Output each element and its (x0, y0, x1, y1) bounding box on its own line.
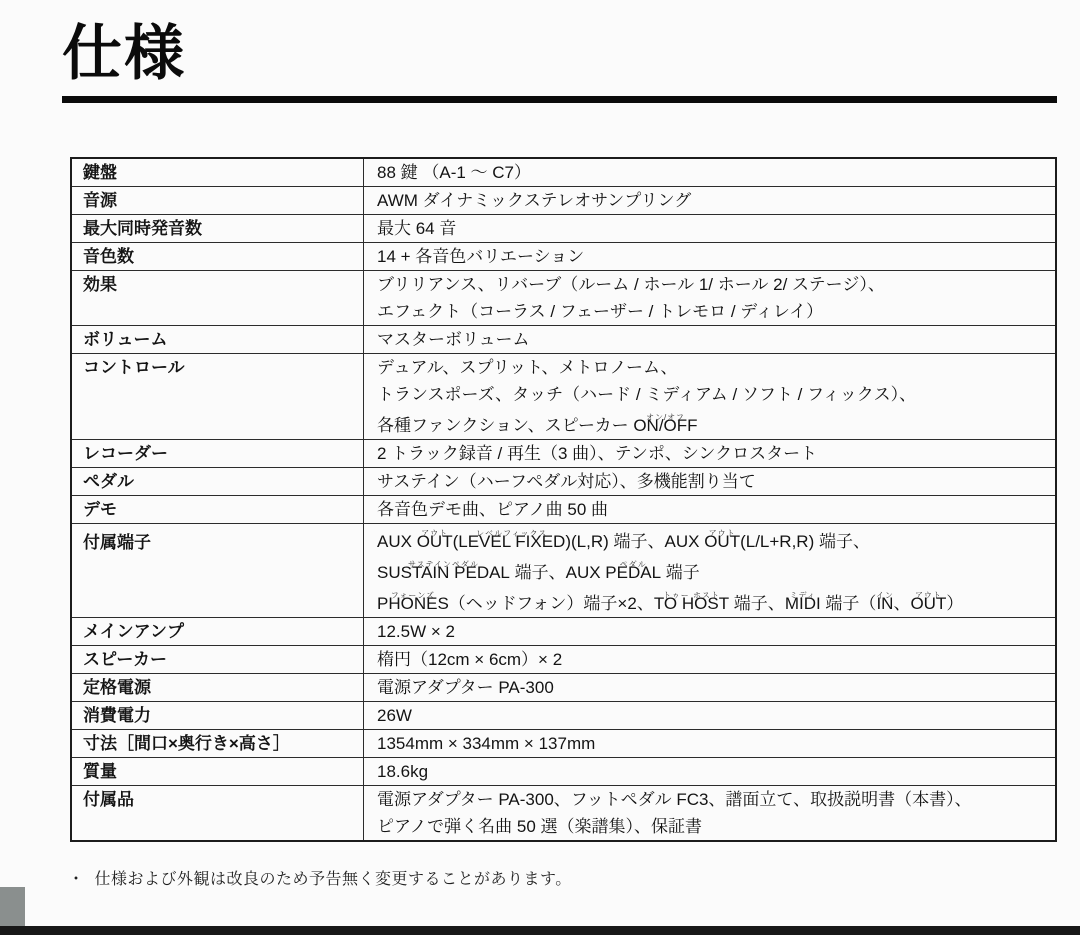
spec-row: 最大同時発音数最大 64 音 (72, 214, 1055, 242)
spec-label: ペダル (72, 468, 364, 495)
ruby-annotation: レベルフィックス (476, 521, 547, 547)
spec-value: デュアル、スプリット、メトロノーム、トランスポーズ、タッチ（ハード / ミディア… (364, 354, 1055, 439)
spec-label: メインアンプ (72, 618, 364, 645)
spec-value-line: 1354mm × 334mm × 137mm (377, 730, 1049, 757)
spec-value: ブリリアンス、リバーブ（ルーム / ホール 1/ ホール 2/ ステージ）、エフ… (364, 271, 1055, 325)
ruby-term: トゥー ホストTO HOST (654, 591, 729, 617)
spec-row: ペダルサステイン（ハーフペダル対応）、多機能割り当て (72, 467, 1055, 495)
spec-row: デモ各音色デモ曲、ピアノ曲 50 曲 (72, 495, 1055, 523)
spec-value-line: 楕円（12cm × 6cm）× 2 (377, 646, 1049, 673)
spec-value: 各音色デモ曲、ピアノ曲 50 曲 (364, 496, 1055, 523)
spec-label: 最大同時発音数 (72, 215, 364, 242)
spec-value: サステイン（ハーフペダル対応）、多機能割り当て (364, 468, 1055, 495)
spec-row: 付属端子AUX アウトOUT(レベルフィックスLEVEL FIXED)(L,R)… (72, 523, 1055, 617)
ruby-term: アウトOUT (704, 529, 740, 555)
spec-label: 付属端子 (72, 524, 364, 617)
spec-row: メインアンプ12.5W × 2 (72, 617, 1055, 645)
ruby-term: インIN (876, 591, 893, 617)
spec-label: デモ (72, 496, 364, 523)
footnote-text: 仕様および外観は改良のため予告無く変更することがあります。 (95, 869, 572, 888)
spec-row: 付属品電源アダプター PA-300、フットペダル FC3、譜面立て、取扱説明書（… (72, 785, 1055, 840)
spec-value: 88 鍵 （A-1 ～ C7） (364, 159, 1055, 186)
spec-row: 音色数14 + 各音色バリエーション (72, 242, 1055, 270)
spec-label: レコーダー (72, 440, 364, 467)
ruby-term: ペダルPEDAL (605, 560, 661, 586)
spec-row: コントロールデュアル、スプリット、メトロノーム、トランスポーズ、タッチ（ハード … (72, 353, 1055, 439)
ruby-annotation: アウト (709, 521, 736, 547)
spec-row: スピーカー楕円（12cm × 6cm）× 2 (72, 645, 1055, 673)
ruby-annotation: オン/オフ (646, 405, 685, 431)
spec-label: 付属品 (72, 786, 364, 840)
ruby-annotation: イン (876, 583, 894, 609)
ruby-annotation: アウト (915, 583, 942, 609)
ruby-annotation: アウト (421, 521, 448, 547)
spec-value: 2 トラック録音 / 再生（3 曲）、テンポ、シンクロスタート (364, 440, 1055, 467)
spec-value-line: マスターボリューム (377, 326, 1049, 353)
spec-value-line: デュアル、スプリット、メトロノーム、 (377, 354, 1049, 381)
spec-value: 1354mm × 334mm × 137mm (364, 730, 1055, 757)
ruby-annotation: フォーンズ (391, 583, 435, 609)
spec-label: 消費電力 (72, 702, 364, 729)
spec-row: ボリュームマスターボリューム (72, 325, 1055, 353)
spec-value-line: 14 + 各音色バリエーション (377, 243, 1049, 270)
spec-row: 寸法［間口×奥行き×高さ］1354mm × 334mm × 137mm (72, 729, 1055, 757)
spec-value-line: トランスポーズ、タッチ（ハード / ミディアム / ソフト / フィックス）、 (377, 381, 1049, 408)
spec-row: 音源AWM ダイナミックステレオサンプリング (72, 186, 1055, 214)
spec-row: 消費電力26W (72, 701, 1055, 729)
spec-value: 26W (364, 702, 1055, 729)
photo-bottom-bar (0, 926, 1080, 935)
spec-value-line: ブリリアンス、リバーブ（ルーム / ホール 1/ ホール 2/ ステージ）、 (377, 271, 1049, 298)
spec-value-line: 88 鍵 （A-1 ～ C7） (377, 159, 1049, 186)
ruby-annotation: トゥー ホスト (663, 583, 720, 609)
spec-value: 最大 64 音 (364, 215, 1055, 242)
spec-value-line: 電源アダプター PA-300 (377, 674, 1049, 701)
spec-value-line: フォーンズPHONES（ヘッドフォン）端子×2、トゥー ホストTO HOST 端… (377, 586, 1049, 617)
footnote: ・仕様および外観は改良のため予告無く変更することがあります。 (68, 866, 572, 889)
spec-row: レコーダー2 トラック録音 / 再生（3 曲）、テンポ、シンクロスタート (72, 439, 1055, 467)
ruby-annotation: ミディ (790, 583, 816, 609)
spec-row: 質量18.6kg (72, 757, 1055, 785)
spec-value-line: 26W (377, 702, 1049, 729)
spec-value-line: 各種ファンクション、スピーカー オン/オフON/OFF (377, 408, 1049, 439)
spec-value: 楕円（12cm × 6cm）× 2 (364, 646, 1055, 673)
photo-corner-patch (0, 887, 25, 930)
spec-label: ボリューム (72, 326, 364, 353)
spec-label: 音色数 (72, 243, 364, 270)
spec-label: コントロール (72, 354, 364, 439)
ruby-term: フォーンズPHONES (377, 591, 449, 617)
ruby-annotation: サステインペダル (408, 552, 479, 578)
spec-value-line: 18.6kg (377, 758, 1049, 785)
spec-value-line: 12.5W × 2 (377, 618, 1049, 645)
spec-value: 12.5W × 2 (364, 618, 1055, 645)
footnote-bullet: ・ (68, 869, 85, 888)
ruby-annotation: ペダル (620, 552, 647, 578)
spec-value: 18.6kg (364, 758, 1055, 785)
spec-row: 効果ブリリアンス、リバーブ（ルーム / ホール 1/ ホール 2/ ステージ）、… (72, 270, 1055, 325)
ruby-term: アウトOUT (910, 591, 946, 617)
spec-row: 定格電源電源アダプター PA-300 (72, 673, 1055, 701)
spec-value-line: 最大 64 音 (377, 215, 1049, 242)
spec-table: 鍵盤88 鍵 （A-1 ～ C7）音源AWM ダイナミックステレオサンプリング最… (70, 157, 1057, 842)
spec-value-line: サステインペダルSUSTAIN PEDAL 端子、AUX ペダルPEDAL 端子 (377, 555, 1049, 586)
spec-value-line: 2 トラック録音 / 再生（3 曲）、テンポ、シンクロスタート (377, 440, 1049, 467)
spec-label: 音源 (72, 187, 364, 214)
spec-value: AUX アウトOUT(レベルフィックスLEVEL FIXED)(L,R) 端子、… (364, 524, 1055, 617)
spec-label: 効果 (72, 271, 364, 325)
spec-value-line: 電源アダプター PA-300、フットペダル FC3、譜面立て、取扱説明書（本書）… (377, 786, 1049, 813)
page-title: 仕様 (62, 14, 186, 94)
spec-value-line: サステイン（ハーフペダル対応）、多機能割り当て (377, 468, 1049, 495)
spec-value: 14 + 各音色バリエーション (364, 243, 1055, 270)
spec-value-line: エフェクト（コーラス / フェーザー / トレモロ / ディレイ） (377, 298, 1049, 325)
spec-value-line: AWM ダイナミックステレオサンプリング (377, 187, 1049, 214)
spec-label: 鍵盤 (72, 159, 364, 186)
spec-value: マスターボリューム (364, 326, 1055, 353)
spec-label: 定格電源 (72, 674, 364, 701)
spec-label: スピーカー (72, 646, 364, 673)
title-underline-rule (62, 96, 1057, 103)
spec-value: AWM ダイナミックステレオサンプリング (364, 187, 1055, 214)
spec-value: 電源アダプター PA-300、フットペダル FC3、譜面立て、取扱説明書（本書）… (364, 786, 1055, 840)
spec-label: 寸法［間口×奥行き×高さ］ (72, 730, 364, 757)
spec-value-line: 各音色デモ曲、ピアノ曲 50 曲 (377, 496, 1049, 523)
spec-label: 質量 (72, 758, 364, 785)
spec-value-line: ピアノで弾く名曲 50 選（楽譜集）、保証書 (377, 813, 1049, 840)
ruby-term: ミディMIDI (785, 591, 821, 617)
spec-value-line: AUX アウトOUT(レベルフィックスLEVEL FIXED)(L,R) 端子、… (377, 524, 1049, 555)
spec-row: 鍵盤88 鍵 （A-1 ～ C7） (72, 159, 1055, 186)
ruby-term: オン/オフON/OFF (633, 413, 697, 439)
spec-value: 電源アダプター PA-300 (364, 674, 1055, 701)
